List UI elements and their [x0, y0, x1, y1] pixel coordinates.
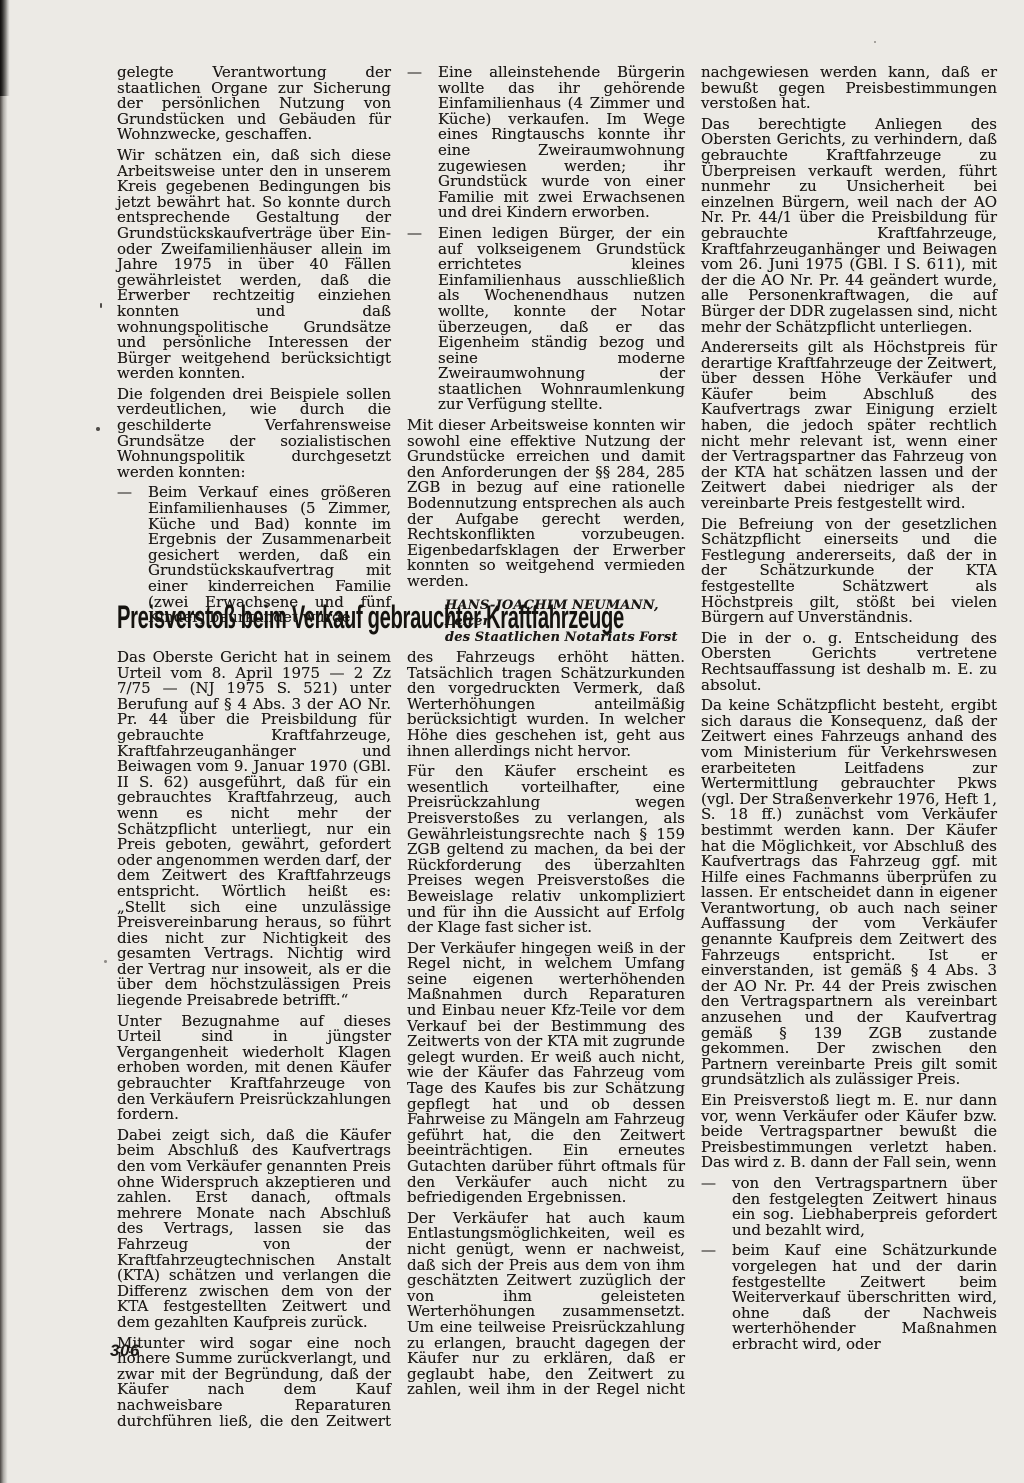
- paragraph: nachgewiesen werden kann, daß er bewußt …: [701, 65, 997, 112]
- article2-column-2: des Fahrzeugs erhöht hätten. Tatsächlich…: [407, 650, 685, 1403]
- paragraph: Ein Preisverstoß liegt m. E. nur dann vo…: [701, 1093, 997, 1171]
- paragraph: Wir schätzen ein, daß sich diese Arbeits…: [117, 148, 391, 382]
- paragraph: Das Oberste Gericht hat in seinem Urteil…: [117, 650, 391, 1009]
- scan-speck: [874, 41, 876, 43]
- article2-title: Preisverstoß beim Verkauf gebrauchter Kr…: [117, 599, 627, 636]
- bullet-item: —Einen ledigen Bürger, der ein auf volks…: [407, 226, 685, 413]
- paragraph: Der Verkäufer hat auch kaum Entlastungsm…: [407, 1211, 685, 1398]
- bullet-dash: —: [117, 485, 132, 501]
- paragraph: Die Befreiung von der gesetzlichen Schät…: [701, 517, 997, 626]
- page-number: 306: [110, 1341, 140, 1361]
- bullet-text: Einen ledigen Bürger, der ein auf volkse…: [438, 224, 685, 414]
- bullet-item: —von den Vertragspartnern über den festg…: [701, 1176, 997, 1238]
- paragraph: gelegte Verantwortung der staatlichen Or…: [117, 65, 391, 143]
- scanned-journal-page: gelegte Verantwortung der staatlichen Or…: [0, 0, 1024, 1483]
- article2-column-1: Das Oberste Gericht hat in seinem Urteil…: [117, 650, 391, 1434]
- scan-speck: [104, 960, 107, 963]
- bullet-dash: —: [407, 65, 422, 81]
- paragraph: des Fahrzeugs erhöht hätten. Tatsächlich…: [407, 650, 685, 759]
- paragraph: Mitunter wird sogar eine noch höhere Sum…: [117, 1336, 391, 1430]
- bullet-item: —beim Kauf eine Schätzurkunde vorgelegen…: [701, 1243, 997, 1352]
- paragraph: Die in der o. g. Entscheidung des Oberst…: [701, 631, 997, 693]
- bullet-dash: —: [701, 1243, 716, 1259]
- paragraph: Die folgenden drei Beispiele sollen verd…: [117, 387, 391, 481]
- bullet-dash: —: [407, 226, 422, 242]
- bullet-text: beim Kauf eine Schätzurkunde vorgelegen …: [732, 1241, 997, 1353]
- paragraph: Mit dieser Arbeitsweise konnten wir sowo…: [407, 418, 685, 590]
- article1-column-2-items: —Eine alleinstehende Bürgerin wollte das…: [407, 65, 685, 590]
- bullet-text: von den Vertragspartnern über den festge…: [732, 1174, 997, 1239]
- paragraph: Unter Bezugnahme auf dieses Urteil sind …: [117, 1014, 391, 1123]
- paragraph: Andererseits gilt als Höchstpreis für de…: [701, 340, 997, 512]
- article2-column-3: nachgewiesen werden kann, daß er bewußt …: [701, 65, 997, 1358]
- paragraph: Das berechtigte Anliegen des Obersten Ge…: [701, 117, 997, 335]
- bullet-item: —Eine alleinstehende Bürgerin wollte das…: [407, 65, 685, 221]
- scan-binding-edge-dark-top: [0, 0, 11, 96]
- scan-speck: [100, 303, 102, 308]
- scan-binding-edge: [0, 0, 9, 1483]
- paragraph: Der Verkäufer hingegen weiß in der Regel…: [407, 941, 685, 1206]
- bullet-text: Eine alleinstehende Bürgerin wollte das …: [438, 63, 685, 221]
- paragraph: Da keine Schätzpflicht besteht, ergibt s…: [701, 698, 997, 1088]
- article1-column-2: —Eine alleinstehende Bürgerin wollte das…: [407, 65, 685, 646]
- bullet-dash: —: [701, 1176, 716, 1192]
- paragraph: Für den Käufer erscheint es wesentlich v…: [407, 764, 685, 936]
- paragraph: Dabei zeigt sich, daß die Käufer beim Ab…: [117, 1128, 391, 1331]
- scan-speck: [96, 427, 100, 431]
- article1-column-1: gelegte Verantwortung der staatlichen Or…: [117, 65, 391, 631]
